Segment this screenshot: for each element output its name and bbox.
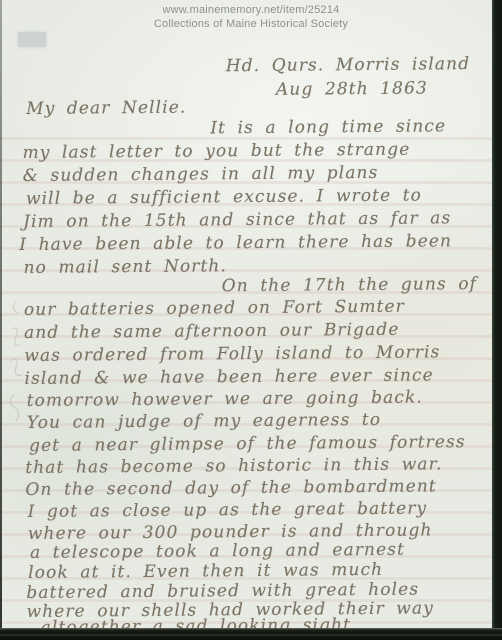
- handwriting-line: My dear Nellie.: [26, 98, 186, 119]
- handwriting-line: & sudden changes in all my plans: [23, 163, 379, 186]
- handwriting-line: our batteries opened on Fort Sumter: [24, 297, 405, 320]
- handwriting-line: my last letter to you but the strange: [22, 140, 410, 163]
- handwriting-line: no mail sent North.: [23, 256, 227, 278]
- handwriting-line: Hd. Qurs. Morris island: [226, 54, 471, 76]
- handwriting-line: island & we have been here ever since: [24, 365, 433, 389]
- handwriting-line: and the same afternoon our Brigade: [24, 320, 400, 343]
- scan-edge-left: [0, 0, 2, 640]
- letter-body: Hd. Qurs. Morris islandAug 28th 1863My d…: [0, 0, 502, 640]
- handwriting-line: Jim on the 15th and since that as far as: [23, 208, 451, 232]
- handwriting-line: I got as close up as the great battery: [28, 498, 428, 521]
- handwriting-line: On the second day of the bombardment: [25, 476, 437, 500]
- handwriting-line: was ordered from Folly island to Morris: [24, 342, 440, 366]
- handwriting-line: I have been able to learn there has been: [19, 231, 452, 255]
- handwriting-line: get a near glimpse of the famous fortres…: [29, 432, 466, 456]
- scan-edge-bottom: [0, 628, 502, 640]
- handwriting-line: that has become so historic in this war.: [25, 454, 442, 478]
- letter-scan-page: www.mainememory.net/item/25214 Collectio…: [0, 0, 502, 640]
- handwriting-line: will be a sufficient excuse. I wrote to: [26, 186, 422, 209]
- handwriting-line: Aug 28th 1863: [276, 78, 428, 99]
- scan-edge-right: [492, 0, 502, 640]
- handwriting-line: It is a long time since: [210, 116, 446, 138]
- handwriting-line: On the 17th the guns of: [222, 274, 478, 296]
- handwriting-line: You can judge of my eagerness to: [27, 410, 381, 433]
- handwriting-line: tomorrow however we are going back.: [27, 388, 423, 411]
